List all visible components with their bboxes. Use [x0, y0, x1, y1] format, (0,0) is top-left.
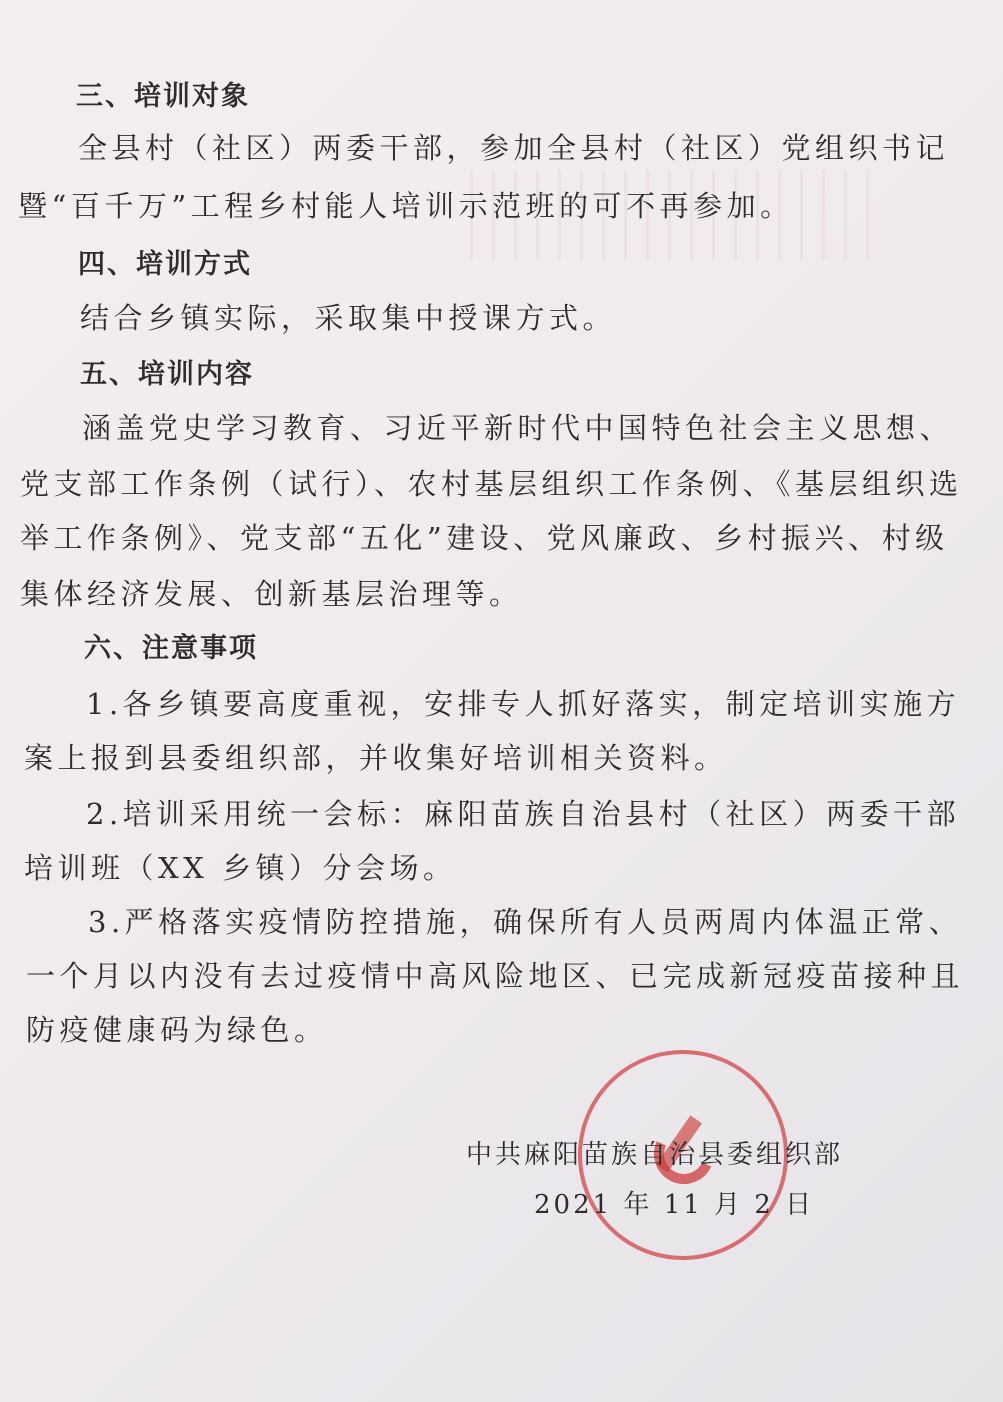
paragraph-line: 2.培训采用统一会标：麻阳苗族自治县村（社区）两委干部 [86, 792, 960, 833]
paragraph-line: 1.各乡镇要高度重视，安排专人抓好落实，制定培训实施方 [86, 682, 960, 723]
section-heading-training-content: 五、培训内容 [80, 352, 254, 391]
paragraph-line: 一个月以内没有去过疫情中高风险地区、已完成新冠疫苗接种且 [26, 954, 964, 995]
signature-date: 2021 年 11 月 2 日 [534, 1184, 814, 1221]
signature-organization: 中共麻阳苗族自治县委组织部 [466, 1134, 843, 1171]
section-heading-notes: 六、注意事项 [84, 626, 258, 665]
document-page: 三、培训对象 全县村（社区）两委干部，参加全县村（社区）党组织书记 暨“百千万”… [0, 0, 1003, 1402]
section-heading-training-method: 四、培训方式 [78, 242, 252, 281]
paragraph-line: 涵盖党史学习教育、习近平新时代中国特色社会主义思想、 [82, 406, 953, 447]
paragraph-line: 暨“百千万”工程乡村能人培训示范班的可不再参加。 [18, 184, 794, 225]
paragraph-line: 举工作条例》、党支部“五化”建设、党风廉政、乡村振兴、村级 [20, 516, 949, 557]
section-heading-training-targets: 三、培训对象 [76, 74, 250, 113]
paragraph-line: 全县村（社区）两委干部，参加全县村（社区）党组织书记 [78, 126, 949, 167]
paragraph-line: 集体经济发展、创新基层治理等。 [20, 572, 523, 613]
paragraph-line: 党支部工作条例（试行）、农村基层组织工作条例、《基层组织选 [20, 462, 963, 503]
paragraph-line: 培训班（XX 乡镇）分会场。 [24, 846, 457, 887]
paragraph-line: 结合乡镇实际，采取集中授课方式。 [80, 296, 616, 337]
paragraph-line: 防疫健康码为绿色。 [26, 1008, 328, 1049]
paragraph-line: 案上报到县委组织部，并收集好培训相关资料。 [24, 736, 728, 777]
paragraph-line: 3.严格落实疫情防控措施，确保所有人员两周内体温正常、 [88, 900, 962, 941]
